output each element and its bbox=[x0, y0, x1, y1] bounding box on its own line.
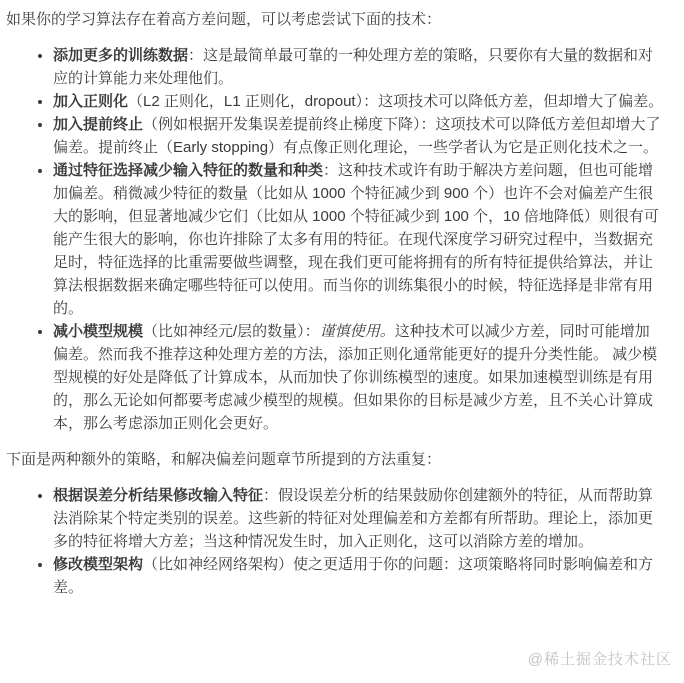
list-item: 修改模型架构（比如神经网络架构）使之更适用于你的问题：这项策略将同时影响偏差和方… bbox=[53, 553, 664, 599]
term-bold: 通过特征选择减少输入特征的数量和种类 bbox=[53, 162, 323, 179]
list-item: 添加更多的训练数据：这是最简单最可靠的一种处理方差的策略，只要你有大量的数据和对… bbox=[53, 44, 664, 90]
list-item: 加入正则化（L2 正则化，L1 正则化，dropout）：这项技术可以降低方差，… bbox=[53, 90, 664, 113]
term-bold: 添加更多的训练数据 bbox=[53, 47, 188, 64]
list-item: 减小模型规模（比如神经元/层的数量）：谨慎使用。这种技术可以减少方差，同时可能增… bbox=[53, 320, 664, 435]
term-bold: 根据误差分析结果修改输入特征 bbox=[53, 487, 263, 504]
list-item: 加入提前终止（例如根据开发集误差提前终止梯度下降）：这项技术可以降低方差但却增大… bbox=[53, 113, 664, 159]
term-bold: 减小模型规模 bbox=[53, 323, 143, 340]
list-item: 根据误差分析结果修改输入特征：假设误差分析的结果鼓励你创建额外的特征，从而帮助算… bbox=[53, 484, 664, 553]
term-bold: 加入正则化 bbox=[53, 93, 128, 110]
body-text: （L2 正则化，L1 正则化，dropout）：这项技术可以降低方差，但却增大了… bbox=[128, 93, 663, 110]
intro-paragraph: 如果你的学习算法存在着高方差问题，可以考虑尝试下面的技术： bbox=[6, 8, 664, 31]
watermark: @稀土掘金技术社区 bbox=[528, 648, 672, 671]
article-content: 如果你的学习算法存在着高方差问题，可以考虑尝试下面的技术： 添加更多的训练数据：… bbox=[0, 0, 684, 683]
body-text: （比如神经网络架构）使之更适用于你的问题：这项策略将同时影响偏差和方差。 bbox=[53, 556, 653, 596]
list-item: 通过特征选择减少输入特征的数量和种类：这种技术或许有助于解决方差问题，但也可能增… bbox=[53, 159, 664, 320]
additional-strategies-list: 根据误差分析结果修改输入特征：假设误差分析的结果鼓励你创建额外的特征，从而帮助算… bbox=[6, 484, 664, 599]
emphasis-italic: 谨慎使用。 bbox=[320, 323, 395, 340]
term-bold: 修改模型架构 bbox=[53, 556, 143, 573]
additional-strategies-paragraph: 下面是两种额外的策略，和解决偏差问题章节所提到的方法重复： bbox=[6, 448, 664, 471]
term-bold: 加入提前终止 bbox=[53, 116, 143, 133]
body-text: （例如根据开发集误差提前终止梯度下降）：这项技术可以降低方差但却增大了偏差。提前… bbox=[53, 116, 661, 156]
body-text: （比如神经元/层的数量）： bbox=[143, 323, 320, 340]
variance-techniques-list: 添加更多的训练数据：这是最简单最可靠的一种处理方差的策略，只要你有大量的数据和对… bbox=[6, 44, 664, 435]
body-text: ：这种技术或许有助于解决方差问题，但也可能增加偏差。稍微减少特征的数量（比如从 … bbox=[53, 162, 659, 317]
